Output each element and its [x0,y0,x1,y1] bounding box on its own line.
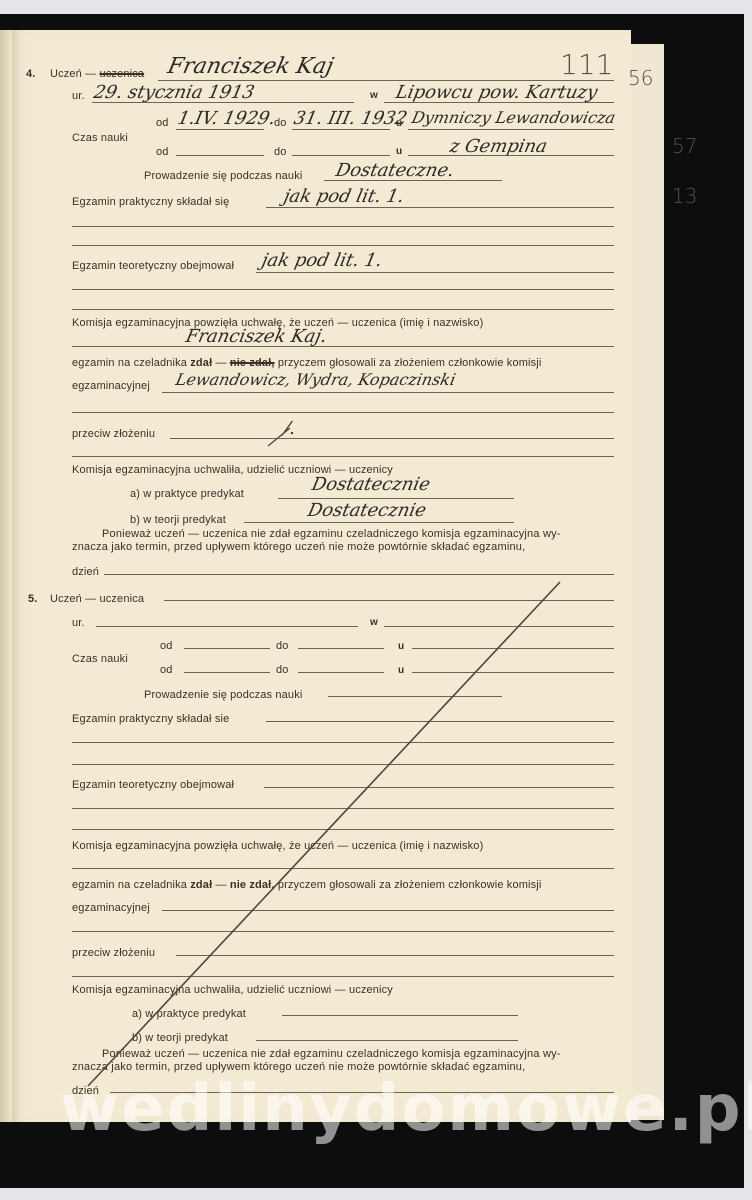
entry4-from-label-1: od [156,117,169,129]
passed-word: zdał [190,357,212,369]
entry4-day-label: dzień [72,566,99,578]
entry4-to-1: 31. III. 1932 [292,108,409,129]
entry4-exam-line: egzamin na czeladnika zdał — nie zdał, p… [72,357,541,369]
entry4-at-1: Dymniczy Lewandowicza [410,108,617,127]
entry4-from-label-2: od [156,146,169,158]
entry4-committee-members: Lewandowicz, Wydra, Kopaczinski [174,370,457,389]
entry5-practical-label: Egzamin praktyczny składał sie [72,713,229,725]
entry4-resolution-name: Franciszek Kaj. [184,326,329,347]
entry4-number: 4. [26,68,35,80]
entry4-at-label-2: u [396,146,402,157]
entry4-fail-paragraph: Ponieważ uczeń — uczenica nie zdał egzam… [72,528,561,554]
entry4-student-name: Franciszek Kaj [165,54,335,79]
background-right [744,0,752,1200]
entry4-born-place: Lipowcu pow. Kartuzy [394,82,600,103]
entry4-grade-theory-label: b) w teorji predykat [130,514,226,526]
entry5-against-label: przeciw złożeniu [72,947,155,959]
entry5-born-label: ur. [72,617,85,629]
entry5-exam-line: egzamin na czeladnika zdał — nie zdał, p… [72,879,541,891]
entry4-to-label-2: do [274,146,287,158]
entry5-from-label-1: od [160,640,173,652]
passed-word: zdał [190,879,212,891]
struck-nie-zdal: nie zdał, [230,357,275,369]
entry5-grade-label: Komisja egzaminacyjna uchwaliła, udzieli… [72,984,393,996]
entry5-theory-label: Egzamin teoretyczny obejmował [72,779,234,791]
entry4-grade-practical-label: a) w praktyce predykat [130,488,244,500]
struck-uczenica: uczenica [100,68,145,80]
entry5-fail-paragraph: Ponieważ uczeń — uczenica nie zdał egzam… [72,1048,561,1074]
entry4-conduct-value: Dostateczne. [334,160,456,181]
entry5-at-label-2: u [398,665,404,676]
entry4-born-in-label: w [370,90,378,101]
margin-mark-56: 56 [628,66,653,90]
entry4-born-label: ur. [72,90,85,102]
entry4-practical-value: jak pod lit. 1. [282,186,406,207]
entry5-study-label: Czas nauki [72,653,128,665]
margin-mark-57: 57 [672,134,697,158]
entry5-number: 5. [28,593,37,605]
entry4-study-label: Czas nauki [72,132,128,144]
entry4-against-label: przeciw złożeniu [72,428,155,440]
entry5-grade-theory-label: b) w teorji predykat [132,1032,228,1044]
entry5-conduct-label: Prowadzenie się podczas nauki [144,689,302,701]
entry5-born-in-label: w [370,617,378,628]
entry4-from-1: 1.IV. 1929. [176,108,278,129]
book-spine [0,30,12,1122]
entry5-from-label-2: od [160,664,173,676]
failed-word: nie zdał, [230,879,275,891]
entry4-grade-theory-value: Dostatecznie [306,500,428,521]
entry5-resolution-label: Komisja egzaminacyjna powzięła uchwałę, … [72,840,483,852]
margin-mark-13: 13 [672,184,697,208]
entry4-practical-label: Egzamin praktyczny składał się [72,196,229,208]
watermark: wedlinydomowe.pl [60,1072,752,1146]
entry4-theory-label: Egzamin teoretyczny obejmował [72,260,234,272]
entry4-at-2: z Gempina [448,136,549,157]
entry5-committee-label: egzaminacyjnej [72,902,150,914]
entry4-grade-practical-value: Dostatecznie [310,474,432,495]
entry4-theory-value: jak pod lit. 1. [260,250,384,271]
entry4-student-label: Uczeń — uczenica [50,68,144,80]
entry4-born-date: 29. stycznia 1913 [92,82,257,103]
entry4-conduct-label: Prowadzenie się podczas nauki [144,170,302,182]
entry4-committee-label: egzaminacyjnej [72,380,150,392]
margin-mark-page: 111 [560,48,613,81]
background-bottom [0,1188,752,1200]
entry5-at-label-1: u [398,641,404,652]
entry5-grade-practical-label: a) w praktyce predykat [132,1008,246,1020]
entry5-to-label-1: do [276,640,289,652]
entry4-to-label-1: do [274,117,287,129]
entry4-at-label-1: u [396,118,402,129]
entry5-student-label: Uczeń — uczenica [50,593,144,605]
entry5-to-label-2: do [276,664,289,676]
